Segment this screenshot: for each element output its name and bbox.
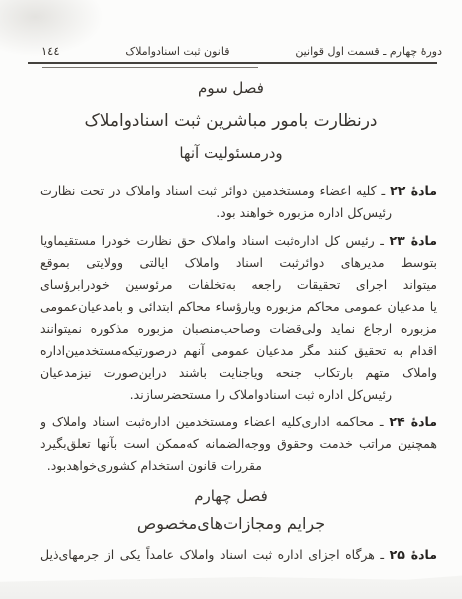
article-24-line-3: مقررات قانون استخدام کشوری‌خواهدبود.: [40, 455, 437, 477]
article-25: مادهٔ ۲۵ ـ هرگاه اجزای اداره ثبت اسناد و…: [40, 544, 437, 566]
header-rule-secondary: [42, 67, 258, 68]
article-23-label: مادهٔ ۲۳: [390, 233, 437, 248]
document-page: دورهٔ چهارم ـ قسمت اول قوانین قانون ثبت …: [0, 0, 462, 599]
article-22-label: مادهٔ ۲۲: [390, 183, 437, 198]
chapter-four-kicker: فصل چهارم: [0, 487, 462, 505]
article-23-line-2: بتوسط مدیرهای دوائرثبت اسناد واملاک ایال…: [40, 252, 437, 274]
header-rule-main: [28, 62, 437, 64]
article-23-line-6: اقدام به تحقیق کنند مگر مدعیان عمومی آنه…: [40, 340, 437, 362]
article-23-line-7: واملاک متهم بارتکاب جنحه ویاجنایت باشند …: [40, 362, 437, 384]
article-24-text: ـ محاکمه اداری‌کلیه اعضاء ومستخدمین ادار…: [40, 414, 389, 429]
article-22-text: ـ کلیه اعضاء ومستخدمین دوائر ثبت اسناد و…: [40, 183, 390, 198]
article-22-line-2: رئیس‌کل اداره مزبوره خواهند بود.: [40, 202, 437, 224]
article-24-label: مادهٔ ۲۴: [389, 414, 437, 429]
chapter-three-kicker: فصل سوم: [0, 79, 462, 97]
article-23-line-3: میتواند اجرای تحقیقات راجعه به‌تخلفات مر…: [40, 274, 437, 296]
article-24-line-2: همچنین مراتب خدمت وحقوق ووجه‌الضمانه که‌…: [40, 433, 437, 455]
page-number: ١٤٤: [41, 44, 60, 58]
article-22-line-1: مادهٔ ۲۲ ـ کلیه اعضاء ومستخدمین دوائر ثب…: [40, 180, 437, 202]
article-23-line-8: رئیس‌کل اداره ثبت اسنادواملاک را مستحضرس…: [40, 384, 437, 406]
article-25-line-1: مادهٔ ۲۵ ـ هرگاه اجزای اداره ثبت اسناد و…: [40, 544, 437, 566]
article-23: مادهٔ ۲۳ ـ رئیس کل اداره‌ثبت اسناد واملا…: [40, 230, 437, 406]
article-25-text: ـ هرگاه اجزای اداره ثبت اسناد واملاک عام…: [40, 547, 390, 562]
header-law-title: قانون ثبت اسنادواملاک: [125, 45, 229, 58]
article-23-line-1: مادهٔ ۲۳ ـ رئیس کل اداره‌ثبت اسناد واملا…: [40, 230, 437, 252]
article-25-label: مادهٔ ۲۵: [390, 547, 437, 562]
article-23-line-4: یا مدعیان عمومی محاکم مزبوره ویارؤساء مح…: [40, 296, 437, 318]
article-23-text: ـ رئیس کل اداره‌ثبت اسناد واملاک حق نظار…: [40, 233, 390, 248]
article-23-line-5: مزبوره ارجاع نماید ولی‌قضات وصاحب‌منصبان…: [40, 318, 437, 340]
article-24: مادهٔ ۲۴ ـ محاکمه اداری‌کلیه اعضاء ومستخ…: [40, 411, 437, 477]
article-24-line-1: مادهٔ ۲۴ ـ محاکمه اداری‌کلیه اعضاء ومستخ…: [40, 411, 437, 433]
chapter-three-title: درنظارت بامور مباشرین ثبت اسنادواملاک: [0, 111, 462, 131]
running-header: دورهٔ چهارم ـ قسمت اول قوانین قانون ثبت …: [25, 44, 442, 58]
chapter-three-subtitle: ودرمسئولیت آنها: [0, 144, 462, 162]
bottom-scan-band: [0, 575, 462, 599]
article-22: مادهٔ ۲۲ ـ کلیه اعضاء ومستخدمین دوائر ثب…: [40, 180, 437, 224]
chapter-four-title: جرایم ومجازات‌های‌مخصوص: [0, 514, 462, 533]
header-volume-title: دورهٔ چهارم ـ قسمت اول قوانین: [295, 45, 442, 58]
